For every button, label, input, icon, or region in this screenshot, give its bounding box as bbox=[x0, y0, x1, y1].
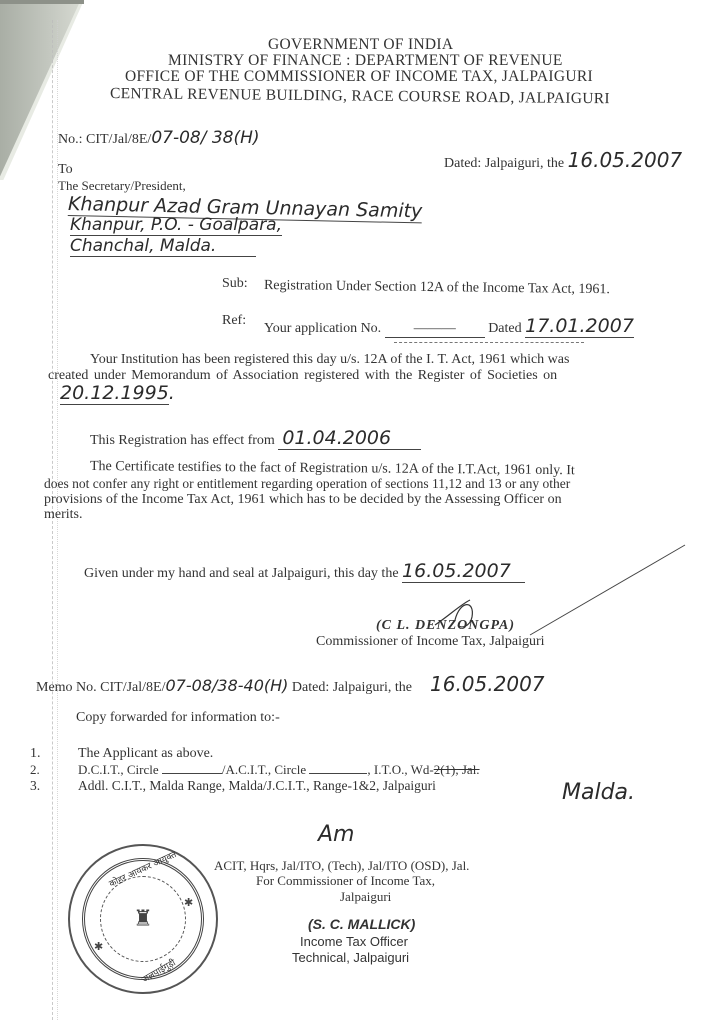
signoff-line-1: ACIT, Hqrs, Jal/ITO, (Tech), Jal/ITO (OS… bbox=[214, 858, 469, 874]
reference-number-label: No.: CIT/Jal/8E/ bbox=[58, 132, 151, 147]
commissioner-designation: Commissioner of Income Tax, Jalpaiguri bbox=[316, 634, 545, 650]
memo-number-label: Memo No. CIT/Jal/8E/ bbox=[36, 680, 166, 695]
ito-initials: Am bbox=[318, 822, 354, 847]
reference-number-handwritten: 07-08/ 38(H) bbox=[151, 128, 259, 148]
reference-number: No.: CIT/Jal/8E/07-08/ 38(H) bbox=[58, 128, 260, 148]
given-under-line: Given under my hand and seal at Jalpaigu… bbox=[84, 560, 525, 583]
paragraph-2-line-2: does not confer any right or entitlement… bbox=[44, 476, 570, 492]
subject-text: Registration Under Section 12A of the In… bbox=[264, 278, 610, 298]
seal-star-icon: ✱ bbox=[184, 896, 193, 909]
society-registration-date: 20.12.1995. bbox=[60, 382, 175, 405]
addressee-line-2: Khanpur, P.O. - Goalpara, bbox=[70, 215, 282, 236]
ref-label: Ref: bbox=[222, 313, 246, 329]
copy-item-2-blank-2 bbox=[309, 773, 367, 774]
copy-item-1-number: 1. bbox=[30, 746, 78, 762]
ref-dated-value: 17.01.2007 bbox=[525, 315, 634, 338]
scan-top-edge bbox=[0, 0, 84, 4]
copy-item-2-text-c: , I.T.O., Wd- bbox=[367, 762, 433, 777]
memo-number: Memo No. CIT/Jal/8E/07-08/38-40(H) Dated… bbox=[36, 676, 412, 696]
copy-item-2-number: 2. bbox=[30, 762, 78, 778]
official-seal: ♜ ✱ ✱ कोहर आयकर आयुक्त जलपाईगुड़ी bbox=[68, 844, 218, 994]
copy-item-2-blank-1 bbox=[162, 773, 222, 774]
signature-stroke bbox=[520, 535, 690, 645]
memo-number-handwritten: 07-08/38-40(H) bbox=[166, 676, 289, 695]
effect-line: This Registration has effect from 01.04.… bbox=[90, 427, 421, 450]
paragraph-1-line-1: Your Institution has been registered thi… bbox=[90, 352, 569, 368]
copy-item-1-text: The Applicant as above. bbox=[78, 746, 213, 761]
commissioner-name: (C L. DENZONGPA) bbox=[376, 618, 515, 634]
letterhead-line-3: OFFICE OF THE COMMISSIONER OF INCOME TAX… bbox=[125, 68, 593, 86]
ito-designation-2: Technical, Jalpaiguri bbox=[292, 950, 409, 965]
paragraph-2-line-3: provisions of the Income Tax Act, 1961 w… bbox=[44, 492, 562, 508]
seal-star-icon: ✱ bbox=[94, 940, 103, 953]
signoff-line-3: Jalpaiguri bbox=[340, 889, 391, 905]
effect-label: This Registration has effect from bbox=[90, 433, 275, 448]
ito-name: (S. C. MALLICK) bbox=[308, 916, 415, 932]
given-under-label: Given under my hand and seal at Jalpaigu… bbox=[84, 566, 399, 581]
addressee-line-3: Chanchal, Malda. bbox=[70, 236, 256, 257]
copy-item-3: 3.Addl. C.I.T., Malda Range, Malda/J.C.I… bbox=[30, 778, 436, 794]
copy-item-3-text: Addl. C.I.T., Malda Range, Malda/J.C.I.T… bbox=[78, 778, 436, 793]
letter-date-label: Dated: Jalpaiguri, the bbox=[444, 156, 564, 171]
letterhead-line-4: CENTRAL REVENUE BUILDING, RACE COURSE RO… bbox=[110, 85, 610, 108]
ref-line: Your application No. ——— Dated 17.01.200… bbox=[264, 315, 634, 338]
copy-item-2-struck: 2(1), Jal. bbox=[434, 762, 480, 777]
ref-application-number: ——— bbox=[385, 321, 485, 338]
ref-text: Your application No. bbox=[264, 321, 381, 336]
dashed-rule bbox=[394, 342, 584, 343]
state-emblem-icon: ♜ bbox=[133, 907, 153, 932]
copy-item-3-number: 3. bbox=[30, 778, 78, 794]
memo-dated-value: 16.05.2007 bbox=[430, 672, 545, 696]
addressee-to: To bbox=[58, 162, 73, 178]
paragraph-2-line-4: merits. bbox=[44, 507, 83, 523]
society-registration-date-text: 20.12.1995 bbox=[60, 382, 169, 405]
letter-date-value: 16.05.2007 bbox=[568, 148, 683, 172]
given-under-date: 16.05.2007 bbox=[402, 560, 525, 583]
letter-date: Dated: Jalpaiguri, the 16.05.2007 bbox=[444, 148, 682, 172]
copy-item-2-text-a: D.C.I.T., Circle bbox=[78, 762, 159, 777]
ito-designation-1: Income Tax Officer bbox=[300, 934, 408, 949]
copy-item-2: 2.D.C.I.T., Circle /A.C.I.T., Circle , I… bbox=[30, 762, 480, 778]
copy-item-1: 1.The Applicant as above. bbox=[30, 746, 213, 762]
copy-item-2-text-b: /A.C.I.T., Circle bbox=[222, 762, 306, 777]
addressee-title: The Secretary/President, bbox=[58, 178, 186, 194]
addressee-line-2-text: Khanpur, P.O. - Goalpara, bbox=[70, 215, 282, 236]
subject-label: Sub: bbox=[222, 276, 248, 292]
ref-dated-label: Dated bbox=[488, 321, 521, 336]
copy-item-2-handwritten: Malda. bbox=[562, 780, 635, 805]
signoff-line-2: For Commissioner of Income Tax, bbox=[256, 873, 435, 889]
addressee-line-3-text: Chanchal, Malda. bbox=[70, 236, 256, 257]
effect-date: 01.04.2006 bbox=[278, 427, 421, 450]
copy-forwarded-label: Copy forwarded for information to:- bbox=[76, 710, 280, 726]
memo-dated-label: Dated: Jalpaiguri, the bbox=[292, 680, 412, 695]
